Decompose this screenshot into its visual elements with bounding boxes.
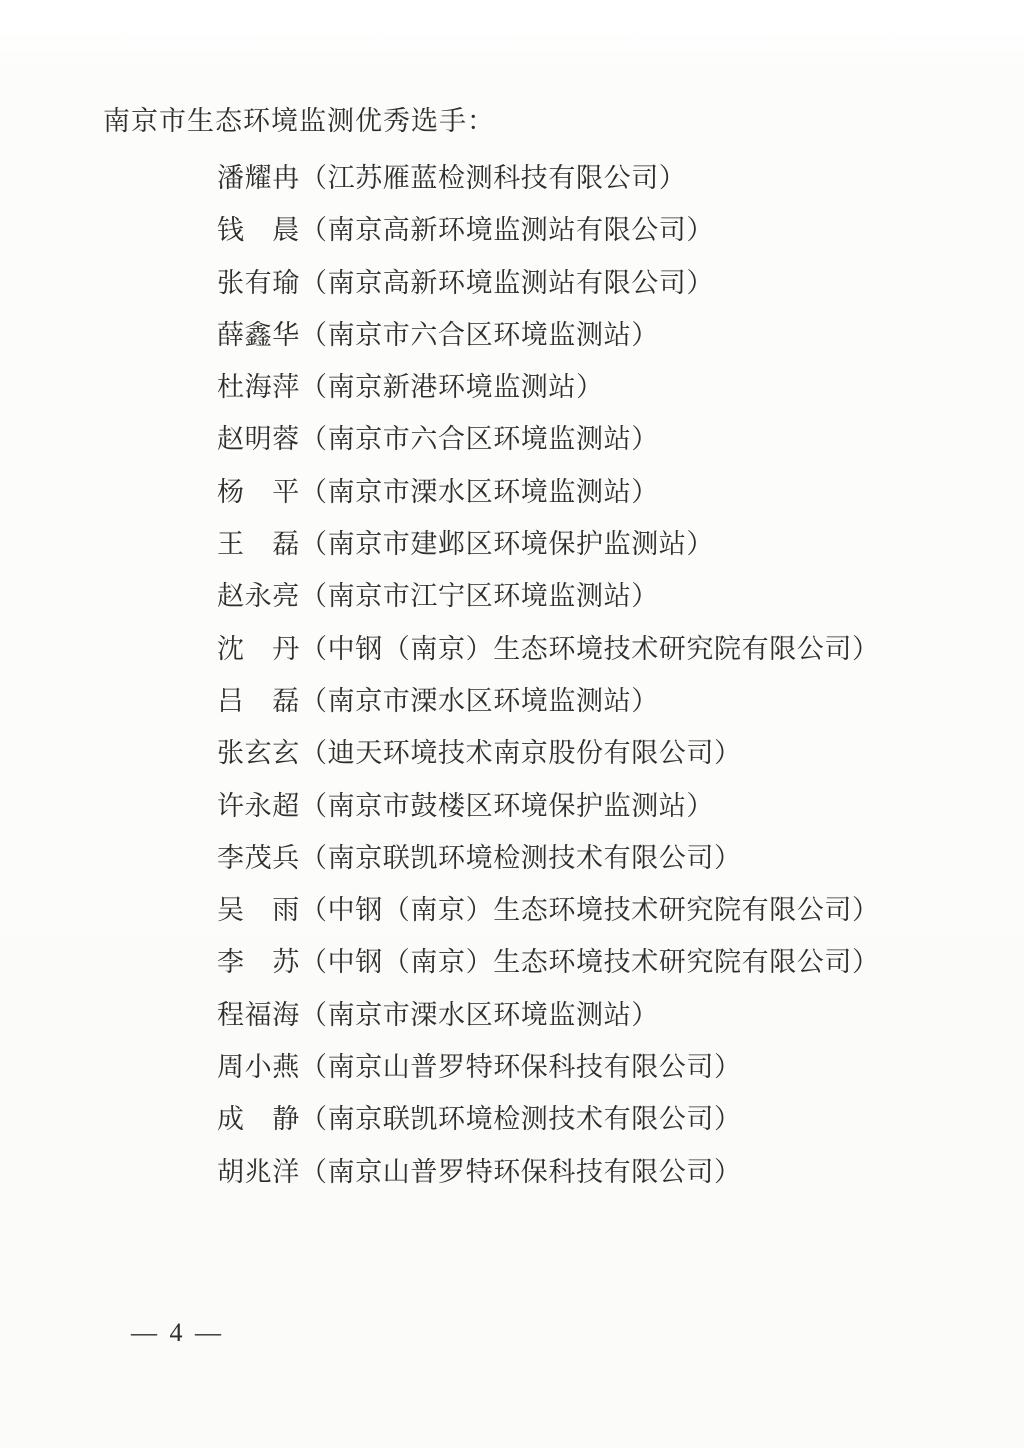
list-item: 钱 晨（南京高新环境监测站有限公司） (217, 204, 1004, 256)
page-number: — 4 — (131, 1318, 224, 1348)
contestant-org: （南京市六合区环境监测站） (300, 320, 659, 350)
list-item: 张玄玄（迪天环境技术南京股份有限公司） (217, 727, 1004, 779)
contestant-org: （南京联凯环境检测技术有限公司） (300, 1104, 742, 1134)
contestant-org: （南京市鼓楼区环境保护监测站） (300, 791, 714, 821)
contestant-name: 许永超 (217, 780, 300, 832)
contestant-org: （南京市溧水区环境监测站） (300, 1000, 659, 1030)
contestant-name: 沈 丹 (217, 623, 300, 675)
contestant-list: 潘耀冉（江苏雁蓝检测科技有限公司）钱 晨（南京高新环境监测站有限公司）张有瑜（南… (217, 152, 1004, 1198)
list-item: 潘耀冉（江苏雁蓝检测科技有限公司） (217, 152, 1004, 204)
list-item: 程福海（南京市溧水区环境监测站） (217, 989, 1004, 1041)
contestant-name: 成 静 (217, 1093, 300, 1145)
contestant-org: （南京高新环境监测站有限公司） (300, 215, 714, 245)
list-item: 赵明蓉（南京市六合区环境监测站） (217, 413, 1004, 465)
contestant-name: 李 苏 (217, 936, 300, 988)
document-page: 南京市生态环境监测优秀选手： 潘耀冉（江苏雁蓝检测科技有限公司）钱 晨（南京高新… (0, 0, 1024, 1448)
list-item: 吴 雨（中钢（南京）生态环境技术研究院有限公司） (217, 884, 1004, 936)
contestant-org: （江苏雁蓝检测科技有限公司） (300, 163, 686, 193)
list-item: 王 磊（南京市建邺区环境保护监测站） (217, 518, 1004, 570)
list-item: 赵永亮（南京市江宁区环境监测站） (217, 570, 1004, 622)
contestant-name: 张有瑜 (217, 257, 300, 309)
contestant-org: （南京山普罗特环保科技有限公司） (300, 1157, 742, 1187)
contestant-name: 杨 平 (217, 466, 300, 518)
list-item: 薛鑫华（南京市六合区环境监测站） (217, 309, 1004, 361)
contestant-org: （南京市江宁区环境监测站） (300, 581, 659, 611)
contestant-name: 赵明蓉 (217, 413, 300, 465)
contestant-name: 王 磊 (217, 518, 300, 570)
section-heading: 南京市生态环境监测优秀选手： (103, 104, 495, 138)
contestant-org: （南京市溧水区环境监测站） (300, 686, 659, 716)
contestant-org: （南京市建邺区环境保护监测站） (300, 529, 714, 559)
list-item: 胡兆洋（南京山普罗特环保科技有限公司） (217, 1146, 1004, 1198)
list-item: 张有瑜（南京高新环境监测站有限公司） (217, 257, 1004, 309)
contestant-org: （南京新港环境监测站） (300, 372, 604, 402)
list-item: 周小燕（南京山普罗特环保科技有限公司） (217, 1041, 1004, 1093)
contestant-name: 吴 雨 (217, 884, 300, 936)
contestant-name: 周小燕 (217, 1041, 300, 1093)
list-item: 成 静（南京联凯环境检测技术有限公司） (217, 1093, 1004, 1145)
contestant-name: 杜海萍 (217, 361, 300, 413)
contestant-org: （南京市溧水区环境监测站） (300, 477, 659, 507)
list-item: 杨 平（南京市溧水区环境监测站） (217, 466, 1004, 518)
contestant-name: 胡兆洋 (217, 1146, 300, 1198)
contestant-name: 程福海 (217, 989, 300, 1041)
contestant-org: （中钢（南京）生态环境技术研究院有限公司） (300, 947, 880, 977)
contestant-name: 张玄玄 (217, 727, 300, 779)
contestant-name: 李茂兵 (217, 832, 300, 884)
list-item: 李茂兵（南京联凯环境检测技术有限公司） (217, 832, 1004, 884)
contestant-name: 吕 磊 (217, 675, 300, 727)
list-item: 杜海萍（南京新港环境监测站） (217, 361, 1004, 413)
contestant-name: 潘耀冉 (217, 152, 300, 204)
contestant-name: 钱 晨 (217, 204, 300, 256)
list-item: 吕 磊（南京市溧水区环境监测站） (217, 675, 1004, 727)
contestant-org: （中钢（南京）生态环境技术研究院有限公司） (300, 634, 880, 664)
contestant-org: （中钢（南京）生态环境技术研究院有限公司） (300, 895, 880, 925)
contestant-org: （南京高新环境监测站有限公司） (300, 268, 714, 298)
contestant-org: （南京联凯环境检测技术有限公司） (300, 843, 742, 873)
list-item: 李 苏（中钢（南京）生态环境技术研究院有限公司） (217, 936, 1004, 988)
contestant-org: （南京山普罗特环保科技有限公司） (300, 1052, 742, 1082)
contestant-name: 薛鑫华 (217, 309, 300, 361)
list-item: 许永超（南京市鼓楼区环境保护监测站） (217, 780, 1004, 832)
contestant-org: （迪天环境技术南京股份有限公司） (300, 738, 742, 768)
contestant-name: 赵永亮 (217, 570, 300, 622)
contestant-org: （南京市六合区环境监测站） (300, 424, 659, 454)
list-item: 沈 丹（中钢（南京）生态环境技术研究院有限公司） (217, 623, 1004, 675)
